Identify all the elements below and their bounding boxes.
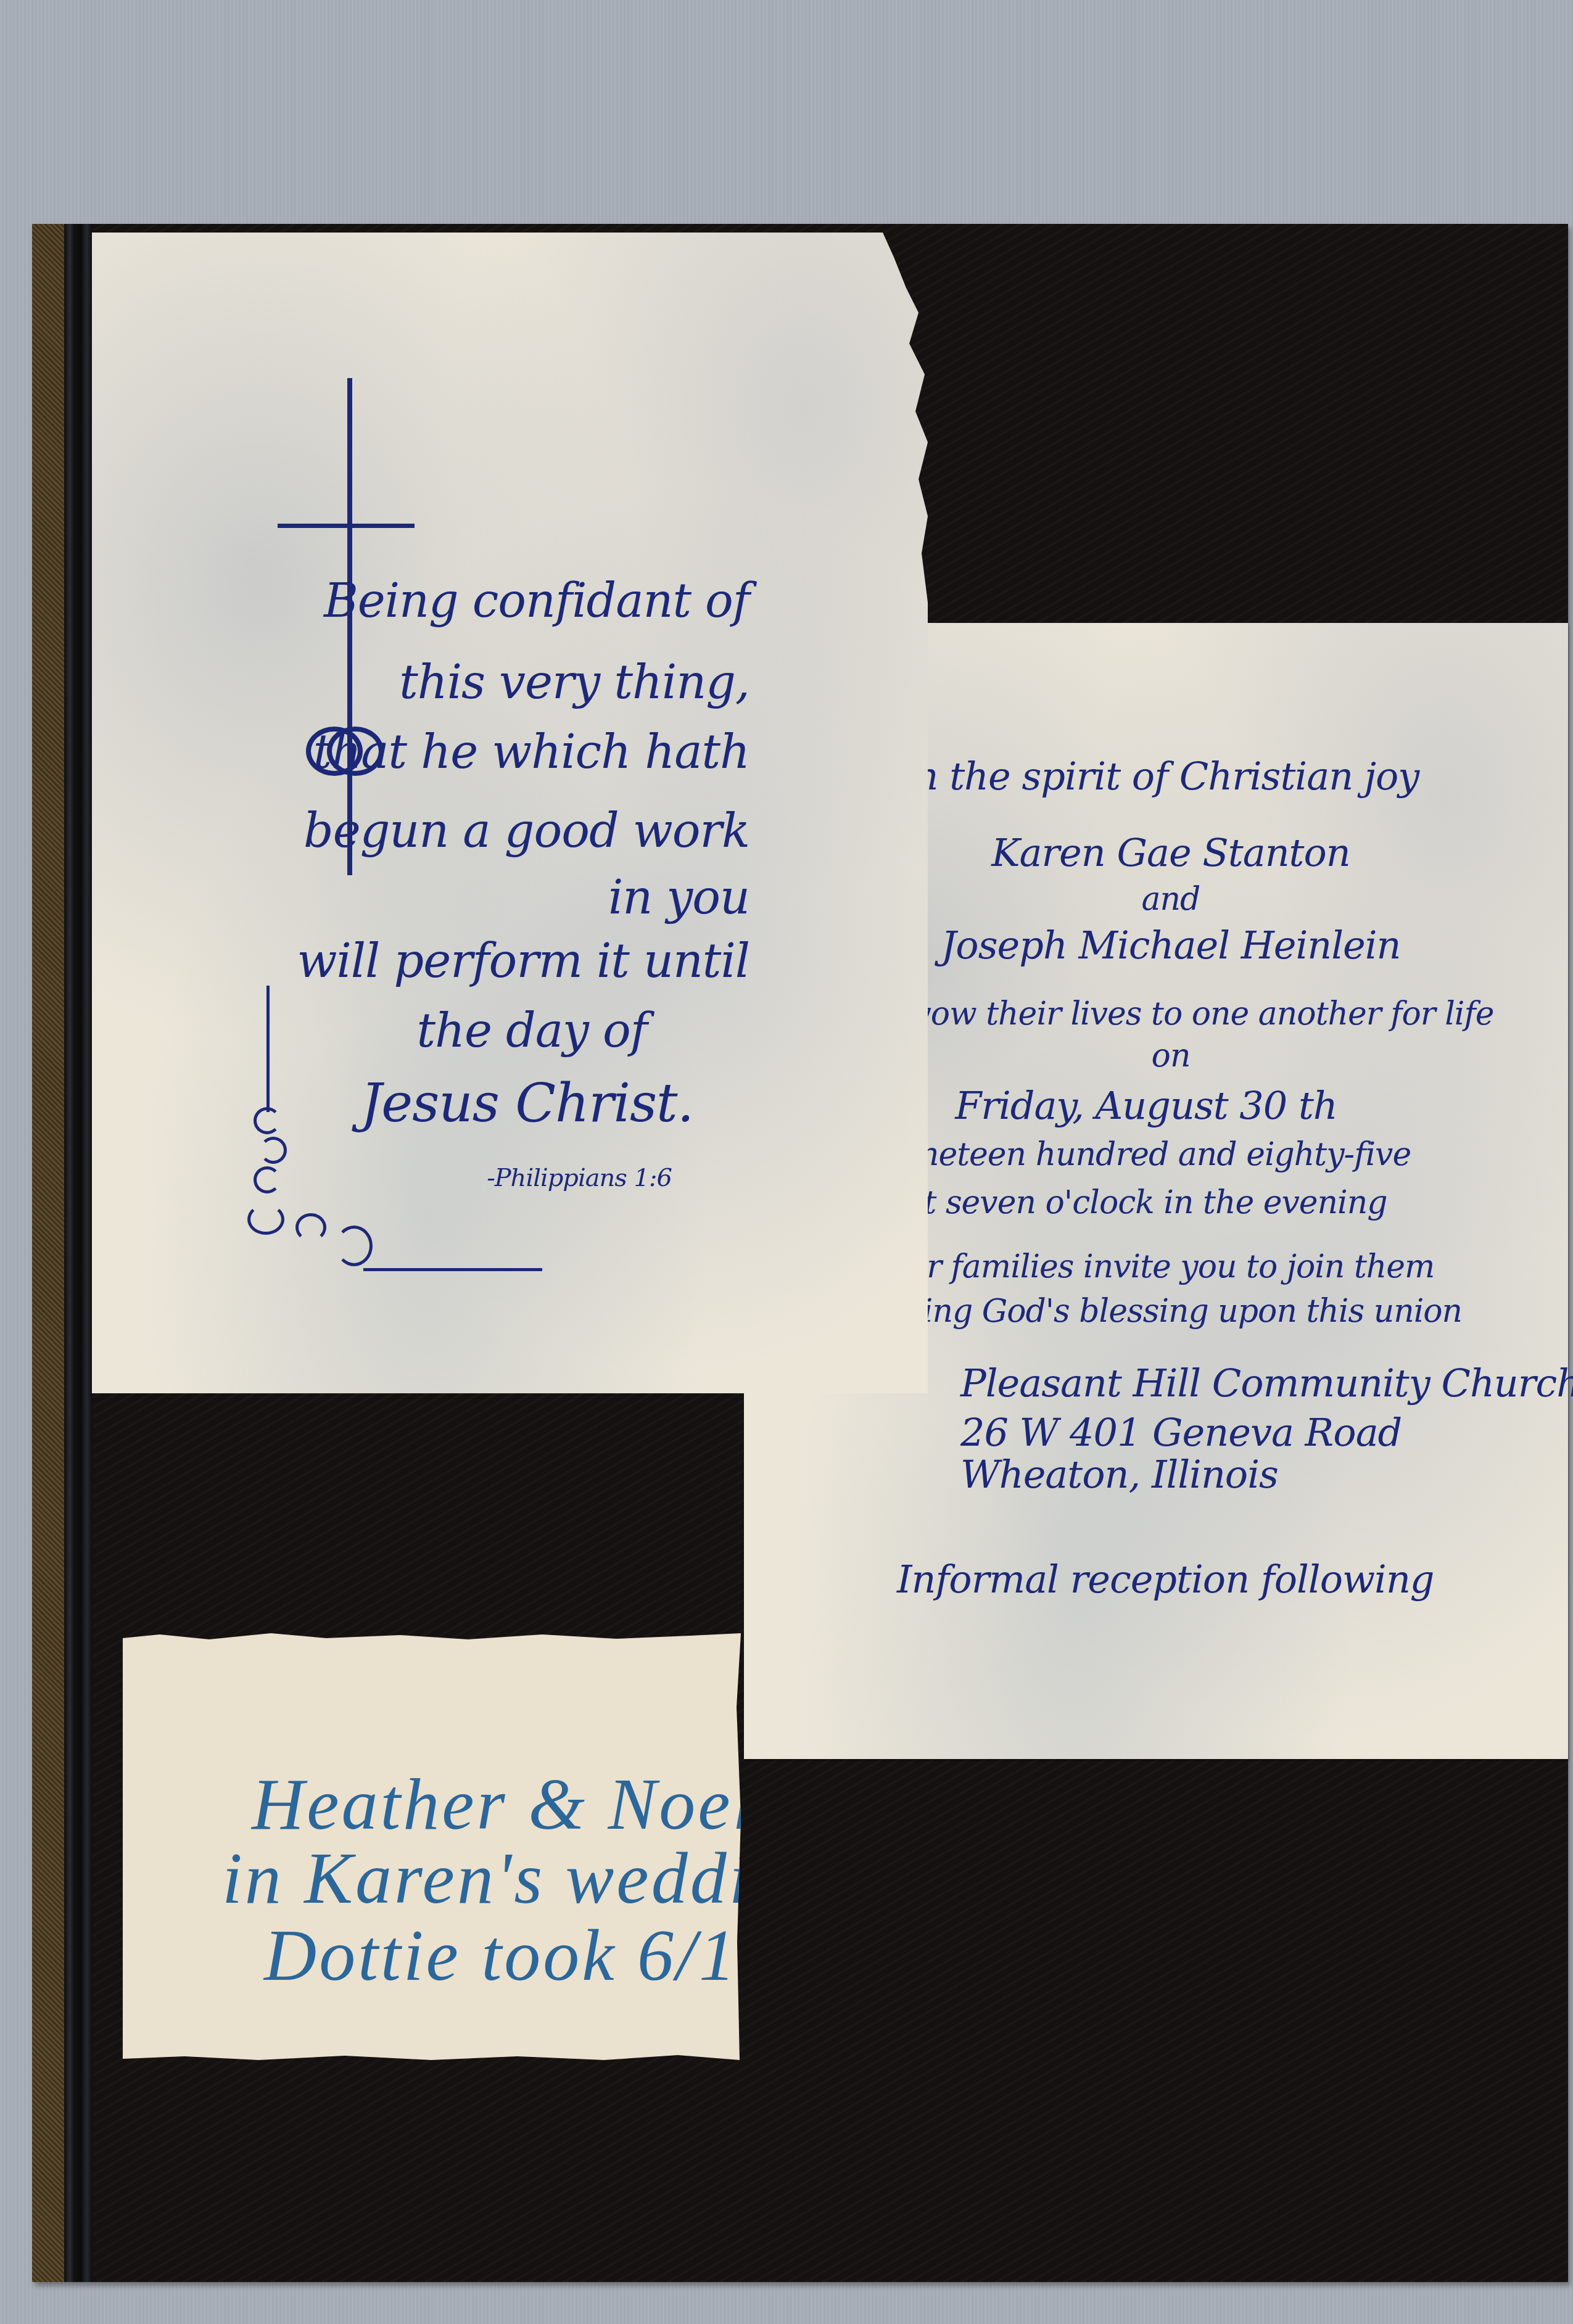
- album-spine-brown: [32, 224, 64, 2282]
- invitation-line: In the spirit of Christian joy: [899, 754, 1419, 799]
- invitation-city: Wheaton, Illinois: [960, 1452, 1278, 1497]
- invitation-venue: Pleasant Hill Community Church: [960, 1361, 1573, 1406]
- album-spine-black: [64, 224, 93, 2282]
- invitation-reception: Informal reception following: [897, 1557, 1434, 1602]
- verse-line: this very thing,: [399, 654, 749, 709]
- handwritten-note: Heather & Noel in Karen's wedding Dottie…: [123, 1633, 741, 2060]
- verse-line: Being confidant of: [324, 573, 749, 628]
- note-line: Heather & Noel: [252, 1763, 755, 1847]
- verse-line: the day of: [416, 1003, 647, 1058]
- verse-reference: -Philippians 1:6: [487, 1164, 672, 1192]
- verse-line: begun a good work: [303, 803, 749, 858]
- invitation-address: 26 W 401 Geneva Road: [960, 1410, 1402, 1455]
- verse-line: that he which hath: [313, 724, 749, 779]
- verse-line: will perform it until: [297, 933, 749, 988]
- verse-line: Jesus Christ.: [361, 1073, 693, 1134]
- scripture-card: Being confidant of this very thing, that…: [92, 233, 928, 1393]
- verse-line: in you: [608, 870, 749, 925]
